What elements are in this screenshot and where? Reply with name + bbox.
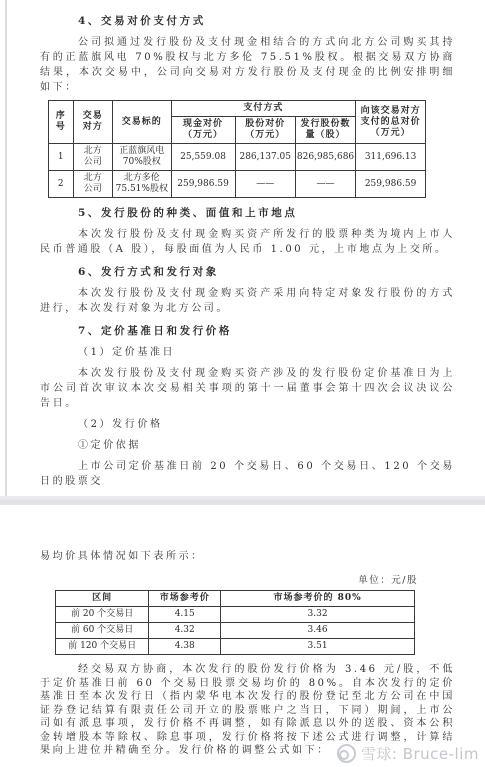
heading-payment-method: 4、交易对价支付方式 xyxy=(40,14,455,29)
heading-issue-method: 6、发行方式和发行对象 xyxy=(40,265,455,280)
paragraph-pricing-date: 本次发行股份及支付现金购买资产涉及的发行股份定价基准日为上市公司首次审议本次交易… xyxy=(40,366,455,411)
table-cell: 3.32 xyxy=(221,607,415,623)
header-cell-market-price: 市场参考价 xyxy=(149,591,221,607)
header-cell-share: 股份对价 （万元） xyxy=(235,117,295,144)
header-cell-total: 向该交易对方 支付的总对价 （万元） xyxy=(356,101,426,144)
table-row: 1 北方 公司 正蓝旗风电 70%股权 25,559.08 286,137.05… xyxy=(49,144,426,171)
heading-share-type: 5、发行股份的种类、面值和上市地点 xyxy=(40,206,455,221)
table-cell: 2 xyxy=(49,171,74,198)
table-cell: 1 xyxy=(49,144,74,171)
table-row: 2 北方 公司 北方多伦 75.51%股权 259,986.59 —— —— 2… xyxy=(49,171,426,198)
subheading-issue-price: （2）发行价格 xyxy=(40,417,455,432)
table-cell: 259,986.59 xyxy=(171,171,235,198)
document-viewer: 4、交易对价支付方式 公司拟通过发行股份及支付现金相结合的方式向北方公司购买其持… xyxy=(0,0,485,767)
document-page-2: 易均价具体情况如下表所示： 单位：元/股 区间 市场参考价 市场参考价的 80%… xyxy=(0,505,485,767)
table-cell: 4.32 xyxy=(149,623,221,639)
table-cell: 北方 公司 xyxy=(73,171,113,198)
table-cell: 前 60 个交易日 xyxy=(56,623,149,639)
table-cell: 北方 公司 xyxy=(73,144,113,171)
document-page-1: 4、交易对价支付方式 公司拟通过发行股份及支付现金相结合的方式向北方公司购买其持… xyxy=(0,0,485,497)
reference-price-table: 区间 市场参考价 市场参考价的 80% 前 20 个交易日 4.15 3.32 … xyxy=(55,590,415,655)
paragraph-issue-method: 本次发行股份及支付现金购买资产采用向特定对象发行股份的方式进行，本次发行对象为北… xyxy=(40,286,455,316)
heading-pricing: 7、定价基准日和发行价格 xyxy=(40,324,455,339)
table-cell: 25,559.08 xyxy=(171,144,235,171)
table-cell: 4.15 xyxy=(149,607,221,623)
table-cell: 北方多伦 75.51%股权 xyxy=(113,171,171,198)
watermark-label: 雪球: Bruce-lim xyxy=(361,743,479,764)
paragraph-price-intro: 上市公司定价基准日前 20 个交易日、60 个交易日、120 个交易日的股票交 xyxy=(40,459,455,489)
table-cell: 3.46 xyxy=(221,623,415,639)
header-cell-counterparty: 交易 对方 xyxy=(73,101,113,144)
header-cell-interval: 区间 xyxy=(56,591,149,607)
xueqiu-snowball-icon xyxy=(337,744,356,763)
header-cell-market-price-80: 市场参考价的 80% xyxy=(221,591,415,607)
header-cell-share-count: 发行股份数 量（股） xyxy=(295,117,355,144)
paragraph-share-type: 本次发行股份及支付现金购买资产所发行的股票种类为境内上市人民币普通股（A 股），… xyxy=(40,227,455,257)
header-cell-payment-method: 支付方式 xyxy=(171,101,356,117)
page-edge-line xyxy=(5,0,7,496)
table-cell: —— xyxy=(235,171,295,198)
header-cell-seq: 序 号 xyxy=(49,101,74,144)
table-header-row: 序 号 交易 对方 交易标的 支付方式 向该交易对方 支付的总对价 （万元） xyxy=(49,101,426,117)
watermark: 雪球: Bruce-lim xyxy=(337,743,479,764)
header-cell-cash: 现金对价 （万元） xyxy=(171,117,235,144)
table-cell: —— xyxy=(295,171,355,198)
table-row: 前 20 个交易日 4.15 3.32 xyxy=(56,607,415,623)
table-cell: 前 120 个交易日 xyxy=(56,639,149,655)
table-header-row: 区间 市场参考价 市场参考价的 80% xyxy=(56,591,415,607)
subheading-pricing-date: （1）定价基准日 xyxy=(40,345,455,360)
paragraph-payment-intro: 公司拟通过发行股份及支付现金相结合的方式向北方公司购买其持有的正蓝旗风电 70%… xyxy=(40,35,455,95)
table-row: 前 60 个交易日 4.32 3.46 xyxy=(56,623,415,639)
paragraph-continuation: 易均价具体情况如下表所示： xyxy=(40,549,455,564)
unit-note: 单位：元/股 xyxy=(40,572,418,586)
table-cell: 826,985,686 xyxy=(295,144,355,171)
payment-method-table: 序 号 交易 对方 交易标的 支付方式 向该交易对方 支付的总对价 （万元） 现… xyxy=(48,100,426,198)
subheading-pricing-basis: ①定价依据 xyxy=(40,438,455,453)
table-cell: 正蓝旗风电 70%股权 xyxy=(113,144,171,171)
table-cell: 286,137.05 xyxy=(235,144,295,171)
table-cell: 3.51 xyxy=(221,639,415,655)
table-cell: 前 20 个交易日 xyxy=(56,607,149,623)
table-cell: 259,986.59 xyxy=(356,171,426,198)
table-row: 前 120 个交易日 4.38 3.51 xyxy=(56,639,415,655)
header-cell-target: 交易标的 xyxy=(113,101,171,144)
table-cell: 311,696.13 xyxy=(356,144,426,171)
table-cell: 4.38 xyxy=(149,639,221,655)
